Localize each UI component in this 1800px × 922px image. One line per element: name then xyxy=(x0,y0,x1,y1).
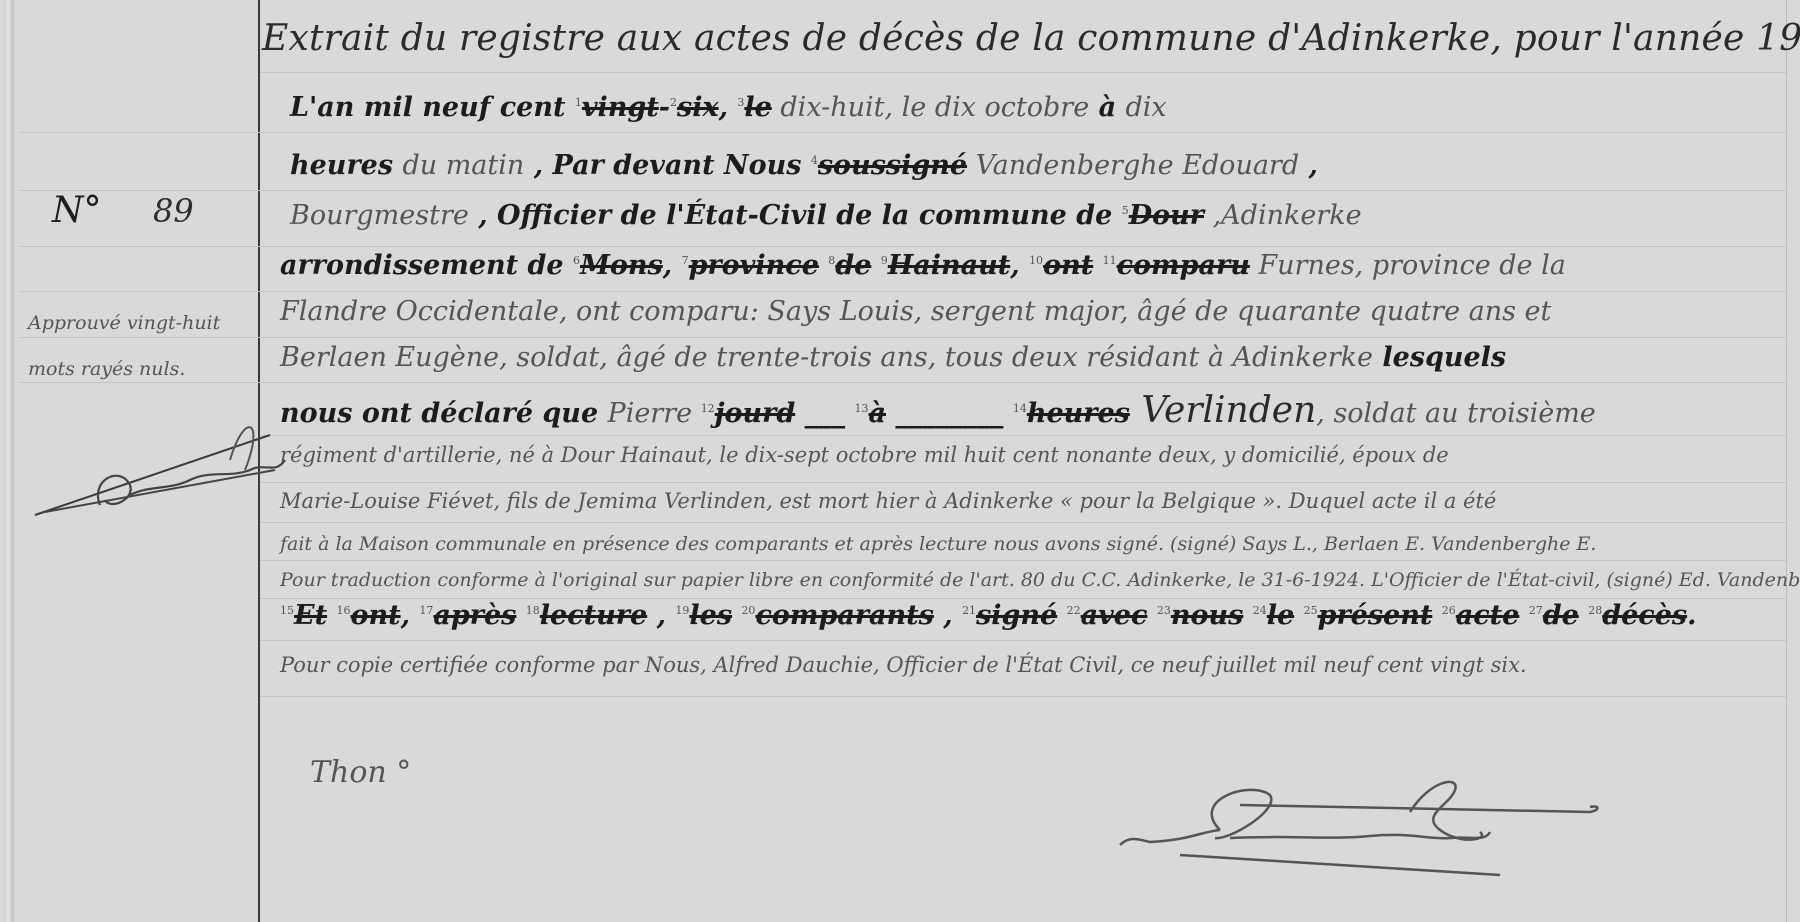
bottom-mark: Thon ° xyxy=(310,755,411,790)
approval-note-line1: Approuvé vingt-huit xyxy=(28,312,220,334)
text-segment: Pierre xyxy=(608,398,701,429)
struck-word: province xyxy=(689,250,819,281)
register-line: fait à la Maison communale en présence d… xyxy=(280,526,1596,557)
text-segment: , soldat au troisième xyxy=(1316,398,1596,429)
text-segment xyxy=(1243,600,1252,631)
register-line: arrondissement de 6Mons, 7province 8de 9… xyxy=(280,250,1566,281)
strike-note-number: 2 xyxy=(670,96,677,109)
strike-note-number: 20 xyxy=(741,604,755,617)
ruled-line xyxy=(260,598,1786,599)
text-segment xyxy=(819,250,828,281)
text-segment: Verlinden xyxy=(1130,390,1316,431)
ruled-line xyxy=(260,435,1786,436)
ruled-line xyxy=(20,132,1786,133)
struck-word: heures xyxy=(1027,398,1130,429)
text-segment: du matin xyxy=(402,150,524,181)
entry-number-label: N° xyxy=(52,190,102,231)
struck-word: Dour xyxy=(1129,200,1204,231)
strike-note-number: 7 xyxy=(682,254,689,267)
register-line: nous ont déclaré que Pierre 12jourd ___ … xyxy=(280,390,1596,431)
strike-note-number: 23 xyxy=(1157,604,1171,617)
text-segment: Furnes, province de la xyxy=(1250,250,1566,281)
register-line: heures du matin , Par devant Nous 4souss… xyxy=(290,150,1318,181)
strike-note-number: 13 xyxy=(855,402,869,415)
strike-note-number: 16 xyxy=(336,604,350,617)
strike-note-number: 21 xyxy=(962,604,976,617)
struck-word: nous xyxy=(1171,600,1243,631)
text-segment: Pour copie certifiée conforme par Nous, … xyxy=(280,653,1527,677)
strike-note-number: 5 xyxy=(1122,204,1129,217)
text-segment: . xyxy=(1687,600,1696,631)
struck-word: le xyxy=(744,92,771,123)
struck-word: signé xyxy=(976,600,1057,631)
strike-note-number: 15 xyxy=(280,604,294,617)
text-segment: lesquels xyxy=(1373,342,1506,373)
struck-word: six xyxy=(677,92,719,123)
ruled-line xyxy=(260,560,1786,561)
text-segment: , xyxy=(1010,250,1029,281)
text-segment: , xyxy=(934,600,962,631)
text-segment xyxy=(1057,600,1066,631)
text-segment: dix-huit, le dix octobre xyxy=(772,92,1089,123)
binding-edge xyxy=(4,0,14,922)
margin-signature-icon xyxy=(30,400,290,520)
text-segment: régiment d'artillerie, né à Dour Hainaut… xyxy=(280,443,1449,467)
text-segment: dix xyxy=(1126,92,1167,123)
text-segment: , xyxy=(1299,150,1318,181)
register-line: 15Et 16ont, 17après 18lecture , 19les 20… xyxy=(280,600,1697,631)
strike-note-number: 14 xyxy=(1013,402,1027,415)
struck-word: décès xyxy=(1602,600,1687,631)
strike-note-number: 12 xyxy=(701,402,715,415)
text-segment: L'an mil neuf cent xyxy=(290,92,575,123)
ruled-line xyxy=(260,696,1786,697)
text-segment: Flandre Occidentale, ont comparu: Says L… xyxy=(280,296,1551,327)
struck-word: ont xyxy=(350,600,400,631)
ruled-line xyxy=(20,291,1786,292)
text-segment xyxy=(1147,600,1156,631)
ruled-line xyxy=(20,190,1786,191)
struck-word: comparu xyxy=(1117,250,1250,281)
text-segment: , xyxy=(663,250,682,281)
struck-word: acte xyxy=(1456,600,1520,631)
struck-word: jourd xyxy=(715,398,796,429)
text-segment xyxy=(871,250,880,281)
ruled-line xyxy=(260,522,1786,523)
strike-note-number: 22 xyxy=(1067,604,1081,617)
struck-word: le xyxy=(1267,600,1294,631)
register-line: Flandre Occidentale, ont comparu: Says L… xyxy=(280,296,1551,327)
strike-note-number: 11 xyxy=(1103,254,1117,267)
text-segment: ,Adinkerke xyxy=(1204,200,1362,231)
register-page: Extrait du registre aux actes de décès d… xyxy=(0,0,1800,922)
ruled-line xyxy=(20,337,1786,338)
text-segment: , xyxy=(401,600,420,631)
strike-note-number: 24 xyxy=(1253,604,1267,617)
struck-word: lecture xyxy=(540,600,647,631)
struck-word: vingt xyxy=(582,92,659,123)
entry-number-value: 89 xyxy=(153,192,194,230)
struck-word: après xyxy=(433,600,516,631)
register-line: Pour copie certifiée conforme par Nous, … xyxy=(280,648,1527,679)
strike-note-number: 27 xyxy=(1529,604,1543,617)
text-segment: , xyxy=(647,600,675,631)
text-segment: Marie-Louise Fiévet, fils de Jemima Verl… xyxy=(280,489,1496,513)
register-line: L'an mil neuf cent 1vingt-2six, 3le dix-… xyxy=(290,92,1167,123)
register-line: Pour traduction conforme à l'original su… xyxy=(280,562,1800,593)
struck-word: de xyxy=(835,250,871,281)
text-segment: , Par devant Nous xyxy=(524,150,811,181)
struck-word: avec xyxy=(1081,600,1148,631)
ruled-line xyxy=(260,482,1786,483)
text-segment: Vandenberghe Edouard xyxy=(967,150,1299,181)
strike-note-number: 4 xyxy=(811,154,818,167)
ruled-line xyxy=(260,640,1786,641)
struck-word: soussigné xyxy=(818,150,967,181)
register-line: régiment d'artillerie, né à Dour Hainaut… xyxy=(280,438,1449,469)
struck-word: comparants xyxy=(755,600,933,631)
text-segment: fait à la Maison communale en présence d… xyxy=(280,533,1596,555)
strike-note-number: 17 xyxy=(419,604,433,617)
approval-note-line2: mots rayés nuls. xyxy=(28,358,185,380)
strike-note-number: 6 xyxy=(573,254,580,267)
strike-note-number: 25 xyxy=(1304,604,1318,617)
text-segment: ________ xyxy=(886,398,1013,429)
struck-word: à xyxy=(869,398,887,429)
text-segment: Berlaen Eugène, soldat, âgé de trente-tr… xyxy=(280,342,1373,373)
text-segment: nous ont déclaré que xyxy=(280,398,608,429)
text-segment: , xyxy=(719,92,738,123)
text-segment: ___ xyxy=(795,398,854,429)
strike-note-number: 10 xyxy=(1029,254,1043,267)
text-segment xyxy=(1294,600,1303,631)
register-line: Marie-Louise Fiévet, fils de Jemima Verl… xyxy=(280,484,1496,515)
struck-word: présent xyxy=(1318,600,1433,631)
strike-note-number: 18 xyxy=(526,604,540,617)
register-line: Berlaen Eugène, soldat, âgé de trente-tr… xyxy=(280,342,1506,373)
register-line: Bourgmestre , Officier de l'État-Civil d… xyxy=(290,200,1362,231)
strike-note-number: 26 xyxy=(1442,604,1456,617)
struck-word: Mons xyxy=(580,250,663,281)
bottom-signature-icon xyxy=(1110,760,1630,880)
text-segment: - xyxy=(659,92,670,123)
text-segment: Bourgmestre xyxy=(290,200,469,231)
ruled-line xyxy=(20,382,1786,383)
text-segment: arrondissement de xyxy=(280,250,573,281)
strike-note-number: 9 xyxy=(881,254,888,267)
right-rule xyxy=(1786,0,1787,922)
text-segment xyxy=(1579,600,1588,631)
struck-word: ont xyxy=(1043,250,1093,281)
ruled-line xyxy=(260,72,1786,73)
strike-note-number: 28 xyxy=(1588,604,1602,617)
struck-word: de xyxy=(1543,600,1579,631)
text-segment xyxy=(1519,600,1528,631)
document-title: Extrait du registre aux actes de décès d… xyxy=(262,18,1800,59)
text-segment xyxy=(1432,600,1441,631)
strike-note-number: 1 xyxy=(575,96,582,109)
text-segment: Pour traduction conforme à l'original su… xyxy=(280,569,1800,591)
struck-word: les xyxy=(689,600,732,631)
text-segment: heures xyxy=(290,150,402,181)
text-segment: , Officier de l'État-Civil de la commune… xyxy=(469,200,1122,231)
struck-word: Et xyxy=(294,600,327,631)
ruled-line xyxy=(20,246,1786,247)
text-segment xyxy=(516,600,525,631)
strike-note-number: 19 xyxy=(675,604,689,617)
struck-word: Hainaut xyxy=(888,250,1011,281)
text-segment: à xyxy=(1089,92,1125,123)
entry-number: N° 89 xyxy=(52,190,194,231)
text-segment xyxy=(1093,250,1102,281)
